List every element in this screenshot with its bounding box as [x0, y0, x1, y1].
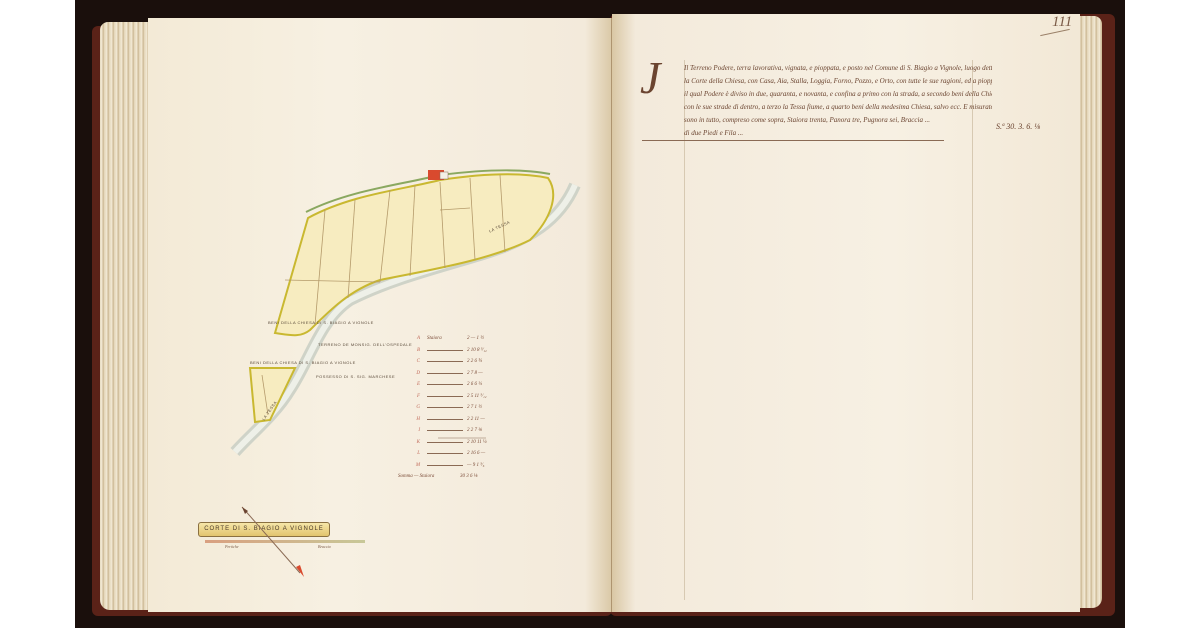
text-line: Il Terreno Podere, terra lavorativa, vig…	[642, 62, 992, 75]
manuscript-text: Il Terreno Podere, terra lavorativa, vig…	[642, 62, 992, 141]
legend-row: G2 7 1 ½	[398, 402, 507, 414]
text-line: la Corte della Chiesa, con Casa, Aia, St…	[642, 75, 992, 88]
legend-row: D2 7 8 —	[398, 368, 507, 380]
north-arrow-icon	[240, 505, 310, 580]
marginal-total: S.ª 30. 3. 6. ⅛	[996, 122, 1040, 131]
text-line: il qual Podere è diviso in due, quaranta…	[642, 88, 992, 101]
scale-label: Braccia	[318, 544, 331, 549]
scale-label: Pertiche	[225, 544, 239, 549]
text-line: sono in tutto, compreso come sopra, Stai…	[642, 114, 992, 127]
legend-row: C2 2 6 ¾	[398, 356, 507, 368]
legend-row: M— 9 1 ⁵⁄₆	[398, 460, 507, 472]
legend-row: B2 10 8 ⁵⁄₁₂	[398, 345, 507, 357]
text-line: di due Piedi e Fila ...	[642, 127, 944, 141]
legend-row: L2 16 6 —	[398, 448, 507, 460]
page-edges-left	[100, 22, 155, 610]
legend-row: AStaiora2 — 1 ½	[398, 333, 507, 345]
boundary-label: POSSESSO DI S. SIG. MARCHESE	[316, 374, 395, 379]
legend-row: K2 10 11 ¼	[398, 437, 507, 449]
legend-row: I2 2 7 ⅛	[398, 425, 507, 437]
area-legend-table: AStaiora2 — 1 ½ B2 10 8 ⁵⁄₁₂ C2 2 6 ¾ D2…	[398, 333, 507, 483]
margin-ruling	[972, 60, 973, 600]
text-line: con le sue strade di dentro, a terzo la …	[642, 101, 992, 114]
legend-row: H2 2 11 —	[398, 414, 507, 426]
legend-row: F2 5 11 ⁵⁄₁₂	[398, 391, 507, 403]
boundary-label: BENI DELLA CHIESA DI S. BIAGIO A VIGNOLE	[268, 320, 374, 325]
legend-total-row: Somma — Staiora30 3 6 ⅛	[398, 471, 507, 483]
margin-ruling	[684, 60, 685, 600]
page-edges-right	[1078, 16, 1102, 608]
legend-row: E2 6 6 ¼	[398, 379, 507, 391]
boundary-label: BENI DELLA CHIESA DI S. BIAGIO A VIGNOLE	[250, 360, 356, 365]
